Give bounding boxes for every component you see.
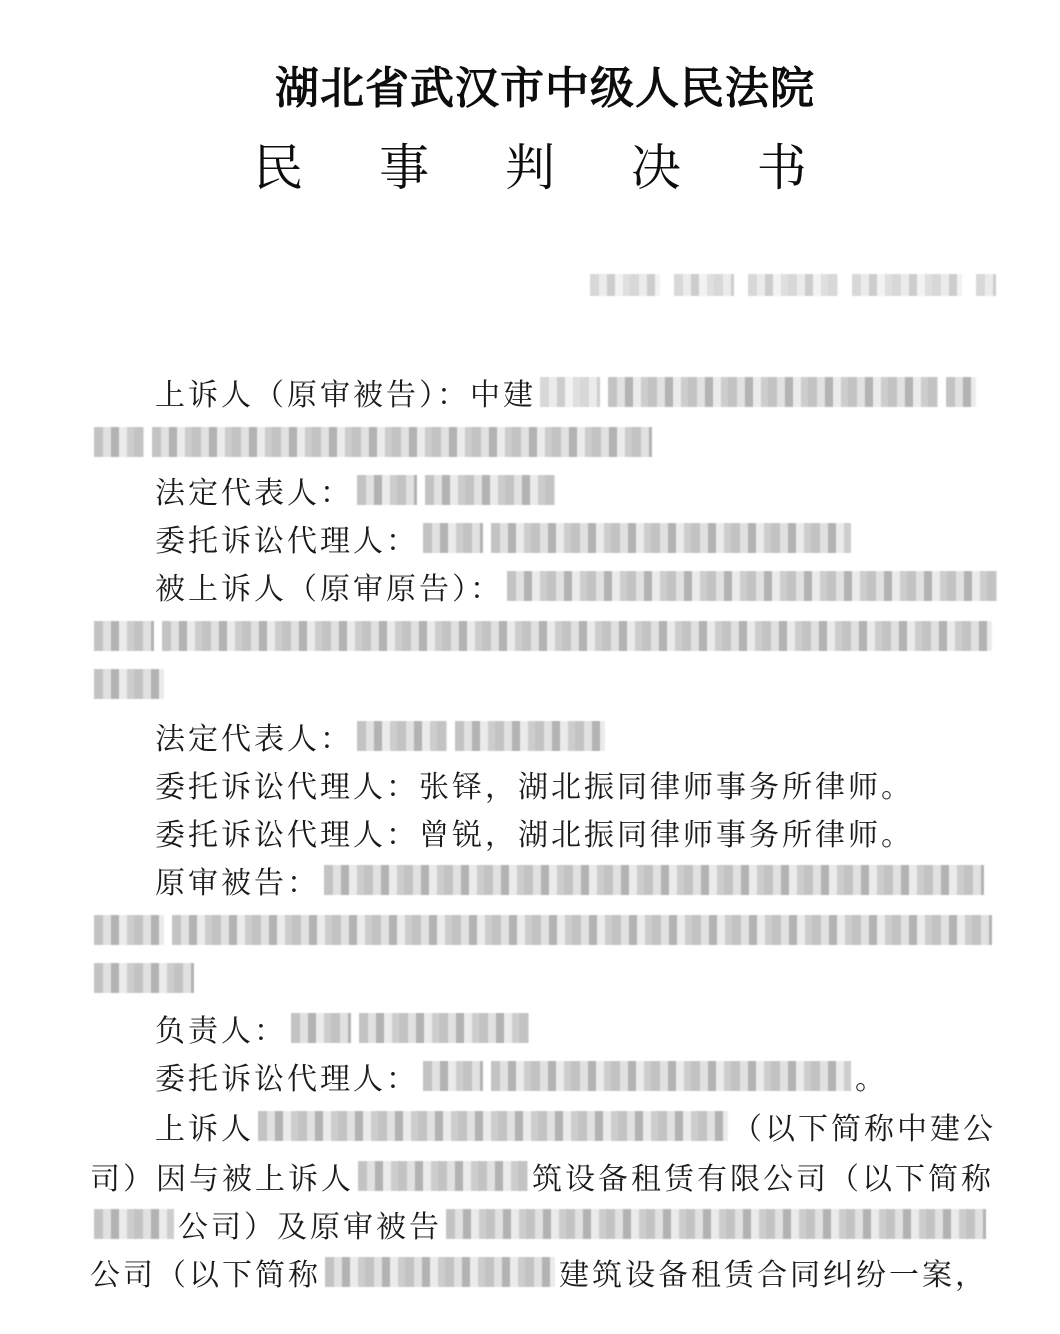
redacted-text: [94, 1209, 174, 1239]
party-legal-rep-2: 法定代表人：: [155, 716, 609, 756]
case-number-redacted: [586, 272, 1000, 298]
party-responsible-person: 负责人：: [155, 1008, 533, 1048]
body-text: 司）因与被上诉人: [90, 1154, 354, 1198]
agent-value: 张铎，湖北振同律师事务所律师。: [419, 762, 914, 806]
redacted-text: [446, 1209, 986, 1239]
appellee-address-cont: [90, 664, 168, 704]
redacted-text: [358, 1161, 528, 1191]
original-defendant-address: [90, 910, 996, 950]
original-defendant-address-cont: [90, 958, 198, 998]
redacted-address: [94, 963, 194, 993]
redacted-value: [455, 721, 605, 751]
redacted-text: [325, 1257, 555, 1287]
body-line-3: 公司）及原审被告: [90, 1204, 990, 1244]
redacted-address: [94, 669, 164, 699]
body-text: 公司（以下简称: [90, 1250, 321, 1294]
role-label: 被上诉人（原审原告）：: [155, 564, 503, 608]
role-label: 负责人：: [155, 1006, 287, 1050]
redacted-name: [507, 571, 997, 601]
redacted-value: [425, 475, 555, 505]
redacted-address: [94, 427, 144, 457]
body-line-1: 上诉人 （以下简称中建公: [155, 1106, 996, 1146]
party-appellee: 被上诉人（原审原告）：: [155, 566, 1001, 606]
body-line-4: 公司（以下简称 建筑设备租赁合同纠纷一案，: [90, 1252, 988, 1292]
redacted-value: [491, 523, 851, 553]
party-legal-rep: 法定代表人：: [155, 470, 559, 510]
body-text: 上诉人: [155, 1104, 254, 1148]
role-label: 上诉人（原审被告）：: [155, 370, 470, 414]
role-label: 委托诉讼代理人：: [155, 810, 419, 854]
party-agent-zhang: 委托诉讼代理人： 张铎，湖北振同律师事务所律师。: [155, 764, 914, 804]
party-name-prefix: 中建: [470, 370, 536, 414]
redacted-value: [423, 523, 483, 553]
party-appellant: 上诉人（原审被告）： 中建: [155, 372, 980, 412]
redacted-name: [540, 377, 600, 407]
party-agent-zeng: 委托诉讼代理人： 曾锐，湖北振同律师事务所律师。: [155, 812, 914, 852]
redacted-value: [491, 1061, 851, 1091]
role-label: 委托诉讼代理人：: [155, 516, 419, 560]
role-label: 法定代表人：: [155, 468, 353, 512]
role-label: 法定代表人：: [155, 714, 353, 758]
appellee-address: [90, 616, 996, 656]
party-agent: 委托诉讼代理人：: [155, 518, 855, 558]
body-line-2: 司）因与被上诉人 筑设备租赁有限公司（以下简称: [90, 1156, 994, 1196]
redacted-value: [359, 1013, 529, 1043]
redacted-value: [291, 1013, 351, 1043]
role-label: 委托诉讼代理人：: [155, 762, 419, 806]
appellant-address: [90, 422, 656, 462]
redacted-value: [423, 1061, 483, 1091]
period: 。: [855, 1054, 888, 1098]
agent-value: 曾锐，湖北振同律师事务所律师。: [419, 810, 914, 854]
body-text: 建筑设备租赁合同纠纷一案，: [559, 1250, 988, 1294]
body-text: 筑设备租赁有限公司（以下简称: [532, 1154, 994, 1198]
document-title: 民 事 判 决 书: [0, 128, 1060, 200]
redacted-address: [94, 621, 154, 651]
redacted-address: [172, 915, 992, 945]
redacted-value: [357, 721, 447, 751]
role-label: 委托诉讼代理人：: [155, 1054, 419, 1098]
court-name: 湖北省武汉市中级人民法院: [0, 52, 1060, 116]
redacted-name: [608, 377, 938, 407]
redacted-address: [162, 621, 992, 651]
body-text: （以下简称中建公: [732, 1104, 996, 1148]
party-original-defendant: 原审被告：: [155, 860, 988, 900]
body-text: 公司）及原审被告: [178, 1202, 442, 1246]
redacted-name: [324, 865, 984, 895]
redacted-text: [258, 1111, 728, 1141]
redacted-value: [357, 475, 417, 505]
redacted-address: [94, 915, 164, 945]
redacted-address: [152, 427, 652, 457]
party-agent-3: 委托诉讼代理人： 。: [155, 1056, 888, 1096]
role-label: 原审被告：: [155, 858, 320, 902]
redacted-text: [946, 377, 976, 407]
